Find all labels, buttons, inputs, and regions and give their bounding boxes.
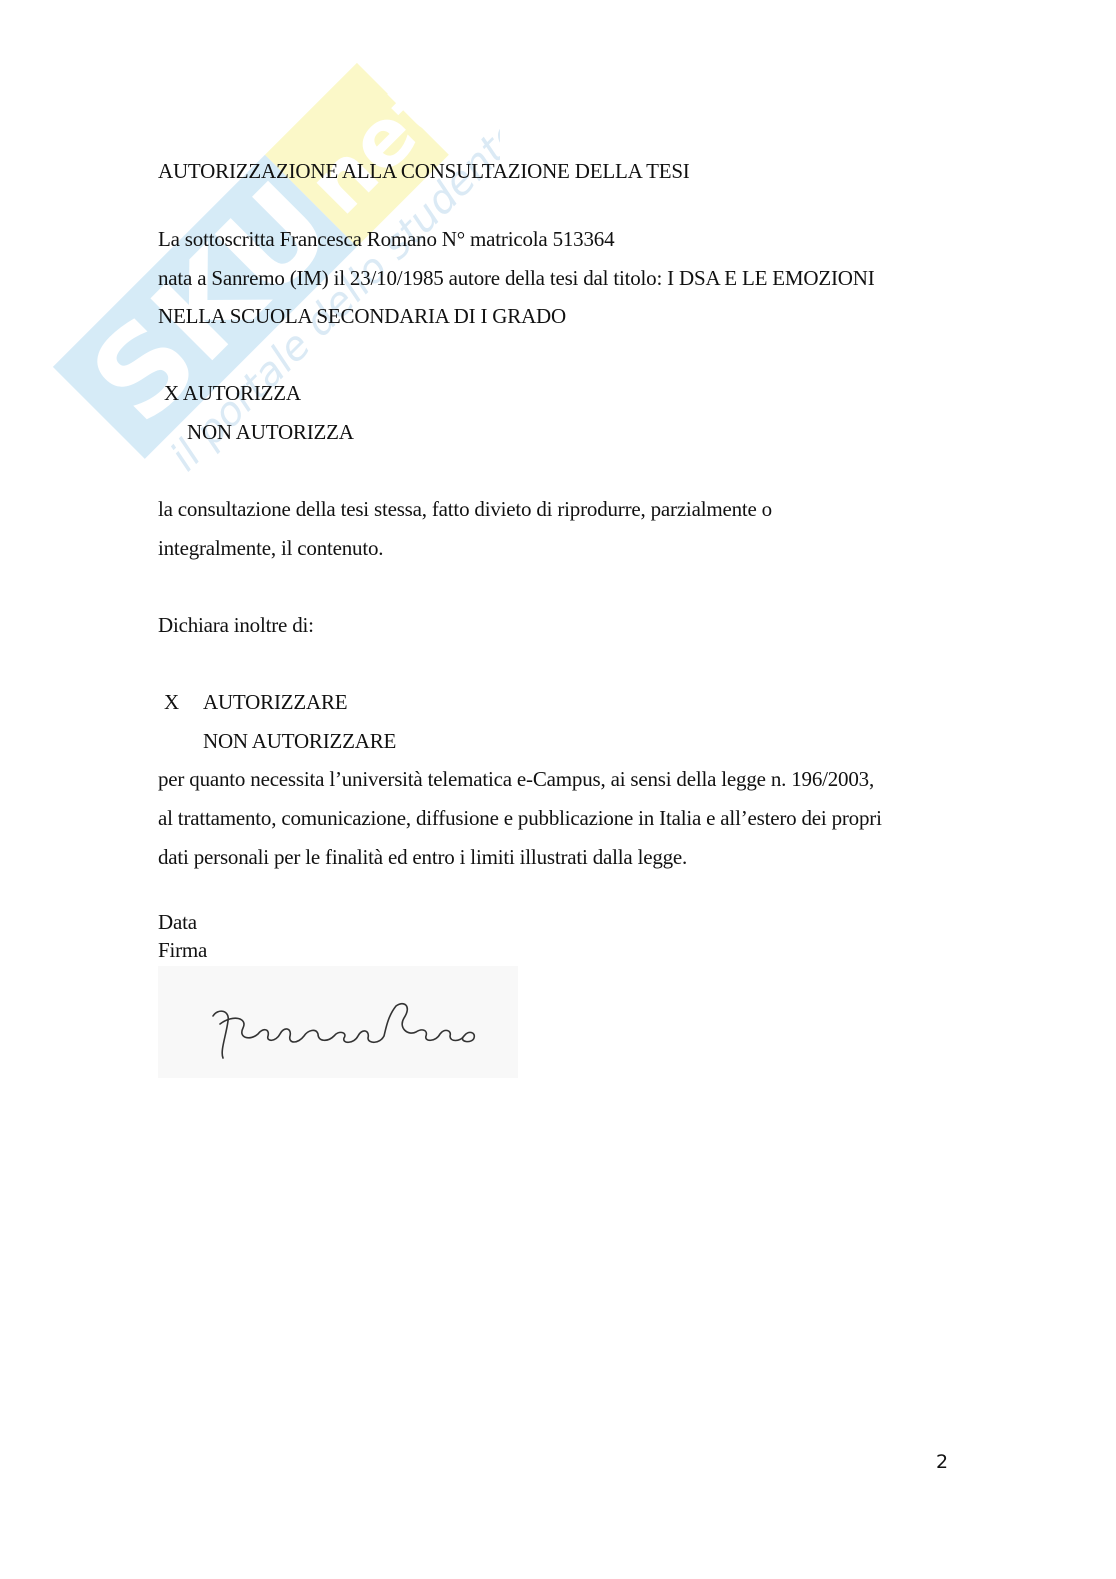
privacy-text-line-3: dati personali per le finalità ed entro … bbox=[158, 845, 687, 870]
declaration-intro: Dichiara inoltre di: bbox=[158, 613, 314, 638]
option-label: NON AUTORIZZA bbox=[187, 420, 354, 444]
signature-image bbox=[158, 966, 518, 1078]
intro-line-1: La sottoscritta Francesca Romano N° matr… bbox=[158, 227, 614, 252]
consultation-option-authorize: X AUTORIZZA bbox=[164, 381, 301, 406]
selected-mark: X bbox=[164, 690, 203, 715]
date-label: Data bbox=[158, 910, 197, 935]
handwritten-signature-icon bbox=[158, 966, 518, 1078]
svg-text:net: net bbox=[290, 60, 461, 231]
intro-line-2: nata a Sanremo (IM) il 23/10/1985 autore… bbox=[158, 266, 875, 291]
option-label: NON AUTORIZZARE bbox=[203, 729, 396, 753]
intro-line-3: NELLA SCUOLA SECONDARIA DI I GRADO bbox=[158, 304, 566, 329]
option-label: AUTORIZZARE bbox=[203, 690, 347, 714]
privacy-option-authorize: XAUTORIZZARE bbox=[164, 690, 347, 715]
signature-label: Firma bbox=[158, 938, 207, 963]
option-label: AUTORIZZA bbox=[183, 381, 301, 405]
page-number: 2 bbox=[936, 1451, 948, 1473]
consultation-text-line-1: la consultazione della tesi stessa, fatt… bbox=[158, 497, 772, 522]
consultation-text-line-2: integralmente, il contenuto. bbox=[158, 536, 383, 561]
privacy-option-not-authorize: NON AUTORIZZARE bbox=[203, 729, 396, 754]
selected-mark: X bbox=[164, 381, 179, 405]
consultation-option-not-authorize: NON AUTORIZZA bbox=[187, 420, 354, 445]
privacy-text-line-1: per quanto necessita l’università telema… bbox=[158, 767, 874, 792]
document-title: AUTORIZZAZIONE ALLA CONSULTAZIONE DELLA … bbox=[158, 159, 690, 184]
privacy-text-line-2: al trattamento, comunicazione, diffusion… bbox=[158, 806, 882, 831]
